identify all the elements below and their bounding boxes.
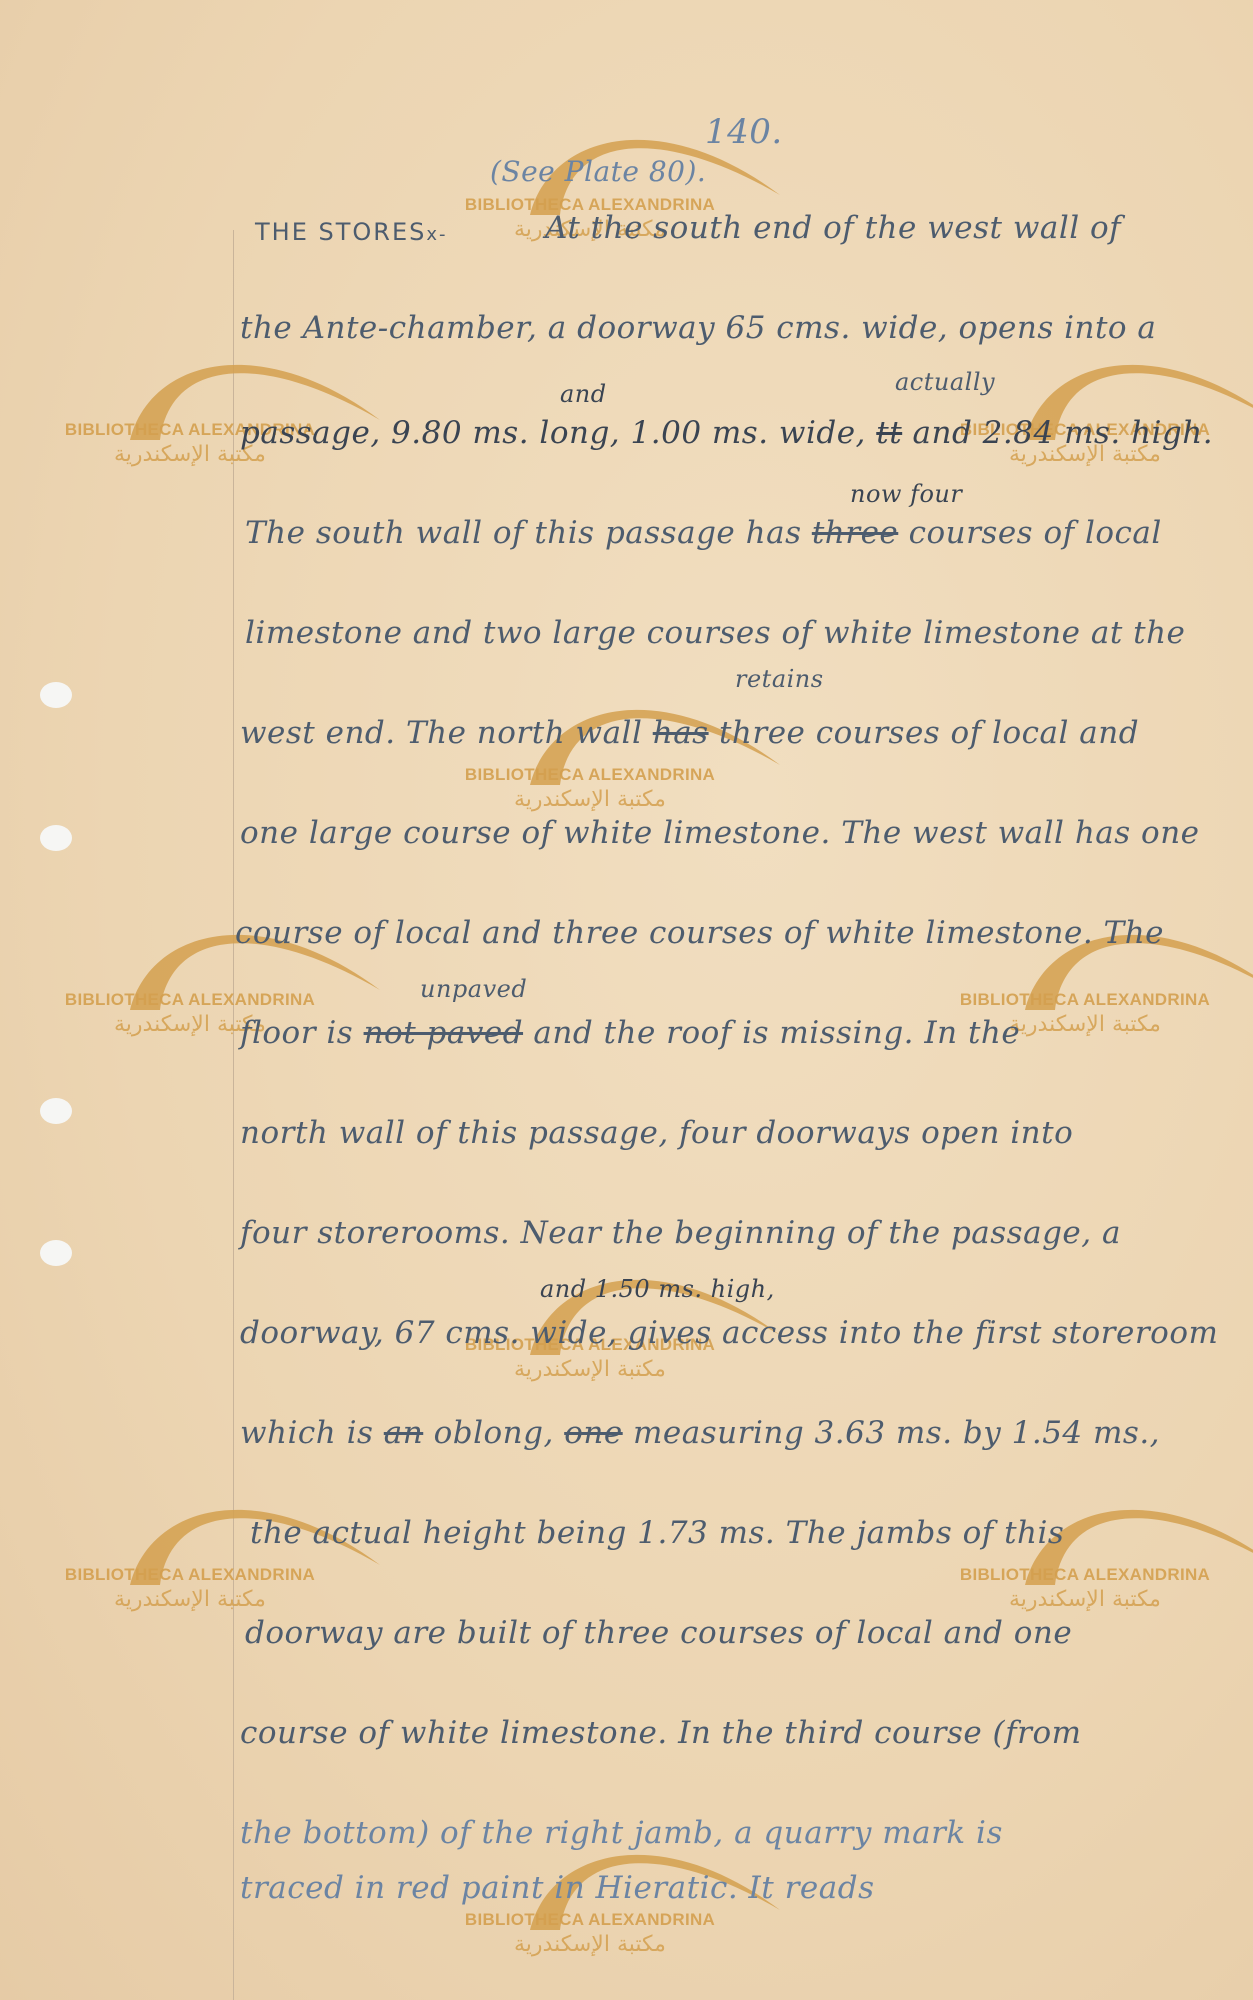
punch-hole [40, 1240, 72, 1266]
insertion-unpaved: unpaved [420, 975, 527, 1003]
text-line-17: the bottom) of the right jamb, a quarry … [240, 1815, 1003, 1851]
text-line-10: north wall of this passage, four doorway… [240, 1115, 1073, 1151]
text-line-16: course of white limestone. In the third … [240, 1715, 1082, 1751]
insertion-actually: actually [895, 368, 995, 396]
punch-hole [40, 825, 72, 851]
text-line-14: the actual height being 1.73 ms. The jam… [250, 1515, 1064, 1551]
text-line-1: At the south end of the west wall of [545, 210, 1121, 246]
margin-rule [233, 230, 234, 2000]
punch-hole [40, 682, 72, 708]
text-line-5: limestone and two large courses of white… [245, 615, 1185, 651]
punch-hole [40, 1098, 72, 1124]
insertion-height: and 1.50 ms. high, [540, 1275, 775, 1303]
text-line-6: west end. The north wall has three cours… [240, 715, 1139, 751]
page-number: 140. [705, 112, 783, 152]
manuscript-page [0, 0, 1253, 2000]
insertion-and: and [560, 380, 607, 408]
section-heading: THE STORESx- [255, 218, 448, 246]
insertion-retains: retains [735, 665, 824, 693]
text-line-12: doorway, 67 cms. wide, gives access into… [240, 1315, 1218, 1351]
text-line-4: The south wall of this passage has three… [245, 515, 1162, 551]
plate-reference: (See Plate 80). [490, 155, 706, 188]
text-line-18: traced in red paint in Hieratic. It read… [240, 1870, 875, 1906]
text-line-9: floor is not paved and the roof is missi… [240, 1015, 1020, 1051]
text-line-11: four storerooms. Near the beginning of t… [240, 1215, 1121, 1251]
text-line-8: course of local and three courses of whi… [235, 915, 1164, 951]
text-line-3: passage, 9.80 ms. long, 1.00 ms. wide, t… [240, 415, 1213, 451]
text-line-7: one large course of white limestone. The… [240, 815, 1200, 851]
text-line-2: the Ante-chamber, a doorway 65 cms. wide… [240, 310, 1156, 346]
insertion-now-four: now four [850, 480, 962, 508]
text-line-15: doorway are built of three courses of lo… [245, 1615, 1072, 1651]
text-line-13: which is an oblong, one measuring 3.63 m… [240, 1415, 1160, 1451]
